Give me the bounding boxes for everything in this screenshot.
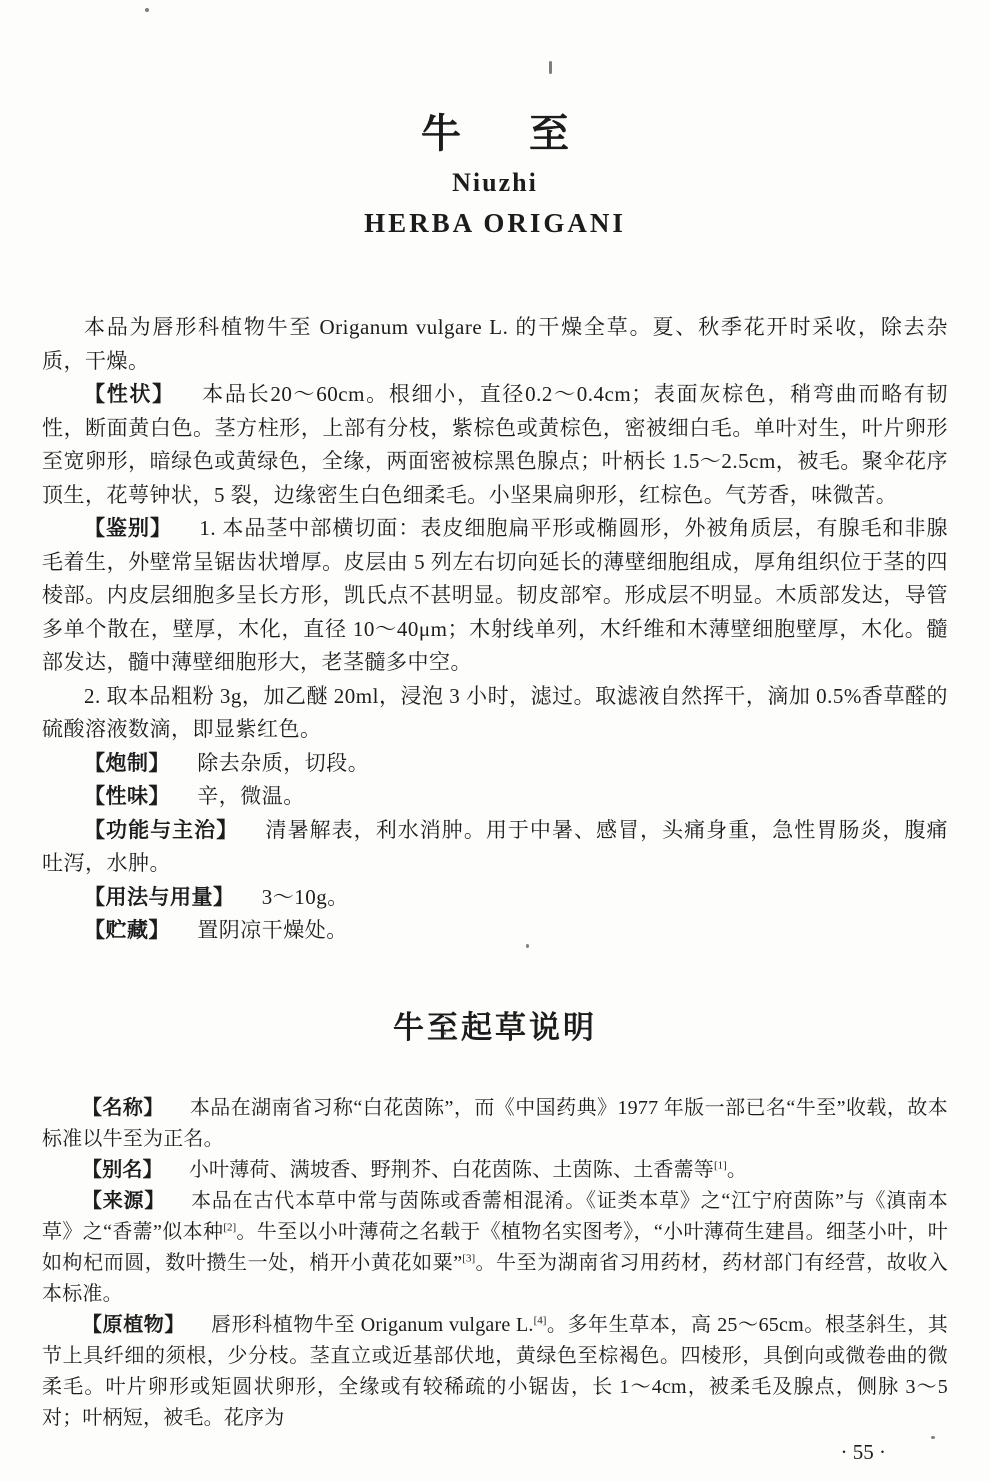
drafting-notes-body: 【名称】本品在湖南省习称“白花茵陈”，而《中国药典》1977 年版一部已名“牛至…	[42, 1093, 948, 1434]
section-label: 【性状】	[84, 382, 175, 406]
section-label: 【原植物】	[82, 1314, 185, 1336]
drug-title-pinyin: Niuzhi	[42, 168, 948, 198]
section-functions-indications: 【功能与主治】清暑解表，利水消肿。用于中暑、感冒，头痛身重，急性胃肠炎，腹痛吐泻…	[42, 814, 948, 881]
scan-speck	[931, 1436, 935, 1439]
section-text: 本品长20～60cm。根细小，直径0.2～0.4cm；表面灰棕色，稍弯曲而略有韧…	[42, 382, 948, 507]
section-label: 【鉴别】	[84, 516, 172, 540]
scan-speck	[145, 8, 149, 12]
section-label: 【用法与用量】	[84, 885, 235, 909]
section-character: 【性状】本品长20～60cm。根细小，直径0.2～0.4cm；表面灰棕色，稍弯曲…	[42, 378, 948, 512]
scanned-document-page: 牛至 Niuzhi HERBA ORIGANI 本品为唇形科植物牛至 Origa…	[0, 0, 990, 1482]
section-text: 3～10g。	[262, 885, 349, 909]
section-storage: 【贮藏】置阴凉干燥处。	[42, 914, 948, 948]
note-original-plant: 【原植物】唇形科植物牛至 Origanum vulgare L.[4]。多年生草…	[42, 1310, 948, 1434]
section-label: 【来源】	[82, 1190, 165, 1212]
title-block: 牛至 Niuzhi HERBA ORIGANI	[42, 0, 948, 239]
section-identification-item2: 2. 取本品粗粉 3g，加乙醚 20ml，浸泡 3 小时，滤过。取滤液自然挥干，…	[42, 680, 948, 747]
scan-speck	[443, 1032, 446, 1035]
section-text: 置阴凉干燥处。	[197, 918, 348, 942]
section-property-taste: 【性味】辛，微温。	[42, 780, 948, 814]
section-dosage: 【用法与用量】3～10g。	[42, 881, 948, 915]
section-processing: 【炮制】除去杂质，切段。	[42, 747, 948, 781]
section-text: 本品在古代本草中常与茵陈或香薷相混淆。《证类本草》之“江宁府茵陈”与《滇南本草》…	[42, 1190, 948, 1305]
section-label: 【性味】	[84, 784, 170, 808]
scan-speck	[526, 944, 529, 948]
drafting-notes-heading: 牛至起草说明	[42, 1002, 948, 1047]
section-label: 【功能与主治】	[84, 818, 238, 842]
scan-speck	[549, 61, 552, 74]
page-number: · 55 ·	[42, 1440, 948, 1465]
note-source: 【来源】本品在古代本草中常与茵陈或香薷相混淆。《证类本草》之“江宁府茵陈”与《滇…	[42, 1186, 948, 1310]
intro-text: 本品为唇形科植物牛至 Origanum vulgare L. 的干燥全草。夏、秋…	[42, 315, 948, 373]
section-label: 【别名】	[82, 1159, 163, 1181]
section-label: 【贮藏】	[84, 918, 170, 942]
drug-title-latin: HERBA ORIGANI	[42, 208, 948, 239]
section-text: 2. 取本品粗粉 3g，加乙醚 20ml，浸泡 3 小时，滤过。取滤液自然挥干，…	[42, 684, 948, 742]
section-text: 辛，微温。	[197, 784, 305, 808]
section-label: 【炮制】	[84, 751, 170, 775]
section-label: 【名称】	[82, 1097, 164, 1119]
note-aliases: 【别名】小叶薄荷、满坡香、野荆芥、白花茵陈、土茵陈、土香薷等[1]。	[42, 1155, 948, 1186]
section-text: 除去杂质，切段。	[197, 751, 369, 775]
monograph-body: 本品为唇形科植物牛至 Origanum vulgare L. 的干燥全草。夏、秋…	[42, 311, 948, 948]
section-text: 小叶薄荷、满坡香、野荆芥、白花茵陈、土茵陈、土香薷等[1]。	[189, 1159, 747, 1181]
drug-title-chinese: 牛至	[42, 112, 948, 156]
intro-paragraph: 本品为唇形科植物牛至 Origanum vulgare L. 的干燥全草。夏、秋…	[42, 311, 948, 378]
section-text: 1. 本品茎中部横切面：表皮细胞扁平形或椭圆形，外被角质层，有腺毛和非腺毛着生，…	[42, 516, 948, 674]
note-name: 【名称】本品在湖南省习称“白花茵陈”，而《中国药典》1977 年版一部已名“牛至…	[42, 1093, 948, 1155]
section-identification: 【鉴别】1. 本品茎中部横切面：表皮细胞扁平形或椭圆形，外被角质层，有腺毛和非腺…	[42, 512, 948, 680]
section-text: 本品在湖南省习称“白花茵陈”，而《中国药典》1977 年版一部已名“牛至”收载，…	[42, 1097, 948, 1150]
